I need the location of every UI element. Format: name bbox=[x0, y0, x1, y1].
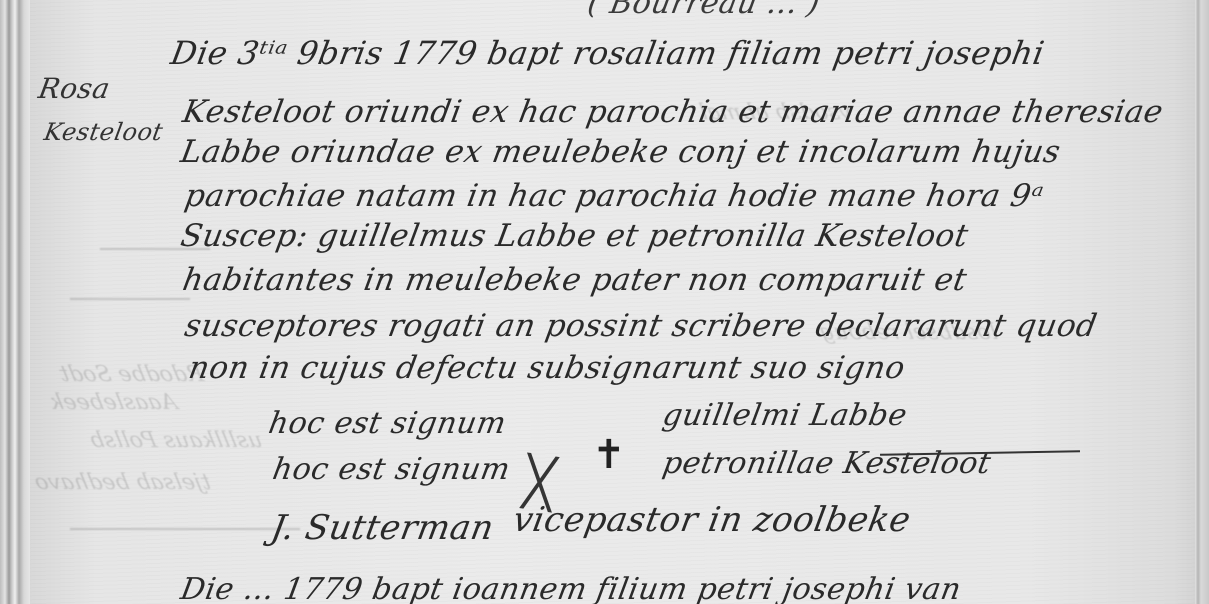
margin-name-surname: Kesteloot bbox=[42, 118, 165, 146]
entry-line-2: Kesteloot oriundi ex hac parochia et mar… bbox=[180, 94, 1166, 130]
entry-line-7: susceptores rogati an possint scribere d… bbox=[182, 308, 1100, 344]
bleed-through-text: uslllkaus Pollsb bbox=[87, 428, 264, 453]
entry-line-6: habitantes in meulebeke pater non compar… bbox=[180, 262, 970, 298]
signum-prefix-2: hoc est signum bbox=[270, 452, 513, 487]
page-right-edge bbox=[1195, 0, 1209, 604]
officiant-title: vicepastor in zoolbeke bbox=[510, 500, 914, 540]
next-entry-fragment: Die ... 1779 bapt ioannem filium petri j… bbox=[178, 572, 964, 604]
top-fragment-text: ( Bourreau ... ) bbox=[585, 0, 823, 21]
cross-mark-icon: ✝ bbox=[592, 432, 626, 478]
register-page: Rdodbe Sodt Aaaslebeek uslllkaus Pollsb … bbox=[0, 0, 1209, 604]
bleed-through-stroke bbox=[70, 528, 300, 530]
godmother-name: petronillae Kesteloot bbox=[660, 446, 994, 481]
entry-line-4: parochiae natam in hac parochia hodie ma… bbox=[182, 178, 1046, 214]
entry-line-8: non in cujus defectu subsignarunt suo si… bbox=[186, 350, 908, 386]
bleed-through-text: Rdodbe Sodt bbox=[57, 362, 206, 387]
bleed-through-text: tjelsab bedhavo bbox=[32, 470, 213, 495]
officiant-name: J. Sutterman bbox=[268, 508, 497, 548]
entry-line-3: Labbe oriundae ex meulebeke conj et inco… bbox=[178, 134, 1063, 170]
signum-prefix-1: hoc est signum bbox=[266, 406, 509, 441]
bleed-through-text: Aaaslebeek bbox=[47, 390, 179, 415]
entry-line-1: Die 3ᵗⁱᵃ 9bris 1779 bapt rosaliam filiam… bbox=[168, 34, 1047, 72]
page-binding bbox=[0, 0, 30, 604]
margin-name-first: Rosa bbox=[36, 72, 113, 105]
godfather-name: guillelmi Labbe bbox=[660, 398, 910, 433]
entry-line-5: Suscep: guillelmus Labbe et petronilla K… bbox=[178, 218, 971, 254]
bleed-through-stroke bbox=[70, 298, 190, 300]
